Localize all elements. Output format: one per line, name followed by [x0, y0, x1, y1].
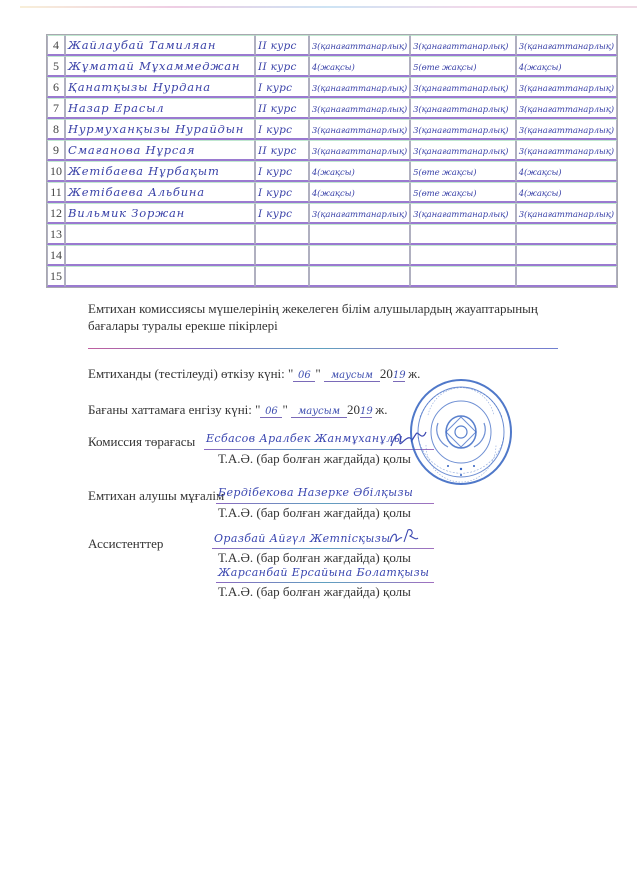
course-cell[interactable] [255, 224, 309, 245]
exam-date-day[interactable]: 06 [293, 370, 315, 382]
grade-2-cell[interactable]: 3(қанағаттанарлық) [410, 119, 516, 140]
row-number: 12 [47, 203, 65, 224]
grade-2-cell[interactable]: 3(қанағаттанарлық) [410, 203, 516, 224]
grade-1-text: 3(қанағаттанарлық) [312, 126, 407, 136]
grade-3-text: 4(жақсы) [519, 189, 562, 199]
student-name-text: Назар Ерасыл [68, 101, 164, 115]
grade-3-cell[interactable]: 4(жақсы) [516, 182, 617, 203]
grade-1-cell[interactable]: 4(жақсы) [309, 182, 410, 203]
row-number: 10 [47, 161, 65, 182]
student-name-cell[interactable]: Қанатқызы Нурдана [65, 77, 255, 98]
grade-2-text: 5(өте жақсы) [413, 168, 476, 178]
grade-3-cell[interactable]: 3(қанағаттанарлық) [516, 77, 617, 98]
grade-2-text: 3(қанағаттанарлық) [413, 210, 508, 220]
grade-3-cell[interactable]: 3(қанағаттанарлық) [516, 203, 617, 224]
assistant-1-name[interactable]: Оразбай Айгүл Жетпісқызы [214, 532, 390, 545]
grade-3-text: 3(қанағаттанарлық) [519, 105, 614, 115]
grade-3-cell[interactable]: 4(жақсы) [516, 56, 617, 77]
exam-date-year[interactable]: 19 [393, 370, 405, 382]
student-name-text: Вильмик Зоржан [68, 206, 185, 220]
course-text: II курс [258, 145, 297, 157]
entry-date-day[interactable]: 06 [260, 406, 282, 418]
student-name-text: Жетібаева Альбина [68, 185, 205, 199]
table-row: 10Жетібаева НұрбақытI курс4(жақсы)5(өте … [47, 161, 617, 182]
assistant-2-name[interactable]: Жарсанбай Ерсайына Болатқызы [218, 566, 429, 579]
chair-label: Комиссия төрағасы [88, 434, 195, 450]
grade-2-cell[interactable]: 3(қанағаттанарлық) [410, 98, 516, 119]
student-name-cell[interactable]: Вильмик Зоржан [65, 203, 255, 224]
student-name-cell[interactable] [65, 245, 255, 266]
course-cell[interactable]: I курс [255, 161, 309, 182]
grade-2-cell[interactable]: 3(қанағаттанарлық) [410, 77, 516, 98]
exam-date-line: Емтиханды (тестілеуді) өткізу күні: "06"… [88, 366, 420, 382]
grade-2-cell[interactable]: 5(өте жақсы) [410, 182, 516, 203]
course-cell[interactable]: I курс [255, 119, 309, 140]
grade-1-text: 3(қанағаттанарлық) [312, 105, 407, 115]
table-row: 13 [47, 224, 617, 245]
table-row: 12Вильмик ЗоржанI курс3(қанағаттанарлық)… [47, 203, 617, 224]
row-number: 4 [47, 35, 65, 56]
grade-1-cell[interactable]: 4(жақсы) [309, 56, 410, 77]
row-number: 8 [47, 119, 65, 140]
grade-2-text: 3(қанағаттанарлық) [413, 147, 508, 157]
grade-1-cell[interactable]: 4(жақсы) [309, 161, 410, 182]
entry-date-month[interactable]: маусым [291, 406, 347, 418]
teacher-caption: Т.А.Ә. (бар болған жағдайда) қолы [218, 505, 411, 521]
student-name-cell[interactable]: Жұматай Мұхаммеджан [65, 56, 255, 77]
course-text: I курс [258, 124, 292, 136]
grade-3-cell[interactable] [516, 266, 617, 287]
grade-1-cell[interactable]: 3(қанағаттанарлық) [309, 35, 410, 56]
table-row: 7Назар ЕрасылII курс3(қанағаттанарлық)3(… [47, 98, 617, 119]
row-number: 9 [47, 140, 65, 161]
course-cell[interactable]: I курс [255, 203, 309, 224]
exam-year-prefix: 20 [380, 366, 393, 381]
grade-1-cell[interactable] [309, 245, 410, 266]
grade-3-text: 3(қанағаттанарлық) [519, 42, 614, 52]
student-name-text: Жетібаева Нұрбақыт [68, 164, 220, 178]
table-row: 8Нурмуханқызы НурайдынI курс3(қанағаттан… [47, 119, 617, 140]
table-row: 9Смағанова НұрсаяII курс3(қанағаттанарлы… [47, 140, 617, 161]
grade-3-cell[interactable]: 3(қанағаттанарлық) [516, 98, 617, 119]
grade-1-cell[interactable]: 3(қанағаттанарлық) [309, 203, 410, 224]
official-seal-icon [408, 377, 514, 487]
grade-2-cell[interactable]: 5(өте жақсы) [410, 161, 516, 182]
grade-3-cell[interactable]: 3(қанағаттанарлық) [516, 140, 617, 161]
row-number: 15 [47, 266, 65, 287]
grade-3-cell[interactable] [516, 245, 617, 266]
grade-3-cell[interactable] [516, 224, 617, 245]
student-name-cell[interactable] [65, 224, 255, 245]
table-row: 4Жайлаубай ТамиляанII курс3(қанағаттанар… [47, 35, 617, 56]
quote: " [282, 402, 287, 417]
student-name-cell[interactable]: Жайлаубай Тамиляан [65, 35, 255, 56]
assistant-2-signature-line [216, 582, 434, 583]
assistants-label: Ассистенттер [88, 536, 163, 552]
course-text: I курс [258, 82, 292, 94]
grade-2-cell[interactable] [410, 224, 516, 245]
course-cell[interactable]: II курс [255, 140, 309, 161]
course-cell[interactable]: I курс [255, 77, 309, 98]
grade-2-cell[interactable]: 3(қанағаттанарлық) [410, 140, 516, 161]
row-number: 13 [47, 224, 65, 245]
grade-1-text: 3(қанағаттанарлық) [312, 147, 407, 157]
chair-name[interactable]: Есбасов Аралбек Жанмұханұлы [206, 432, 403, 445]
grade-1-cell[interactable]: 3(қанағаттанарлық) [309, 119, 410, 140]
grade-2-cell[interactable] [410, 266, 516, 287]
student-name-text: Смағанова Нұрсая [68, 143, 195, 157]
grade-2-text: 3(қанағаттанарлық) [413, 42, 508, 52]
grade-3-cell[interactable]: 4(жақсы) [516, 161, 617, 182]
course-cell[interactable]: I курс [255, 182, 309, 203]
course-cell[interactable]: II курс [255, 35, 309, 56]
grade-1-text: 3(қанағаттанарлық) [312, 210, 407, 220]
grade-2-text: 3(қанағаттанарлық) [413, 84, 508, 94]
grade-3-cell[interactable]: 3(қанағаттанарлық) [516, 119, 617, 140]
grade-3-cell[interactable]: 3(қанағаттанарлық) [516, 35, 617, 56]
grade-1-cell[interactable]: 3(қанағаттанарлық) [309, 77, 410, 98]
grade-1-text: 3(қанағаттанарлық) [312, 84, 407, 94]
grade-3-text: 4(жақсы) [519, 168, 562, 178]
grade-1-text: 4(жақсы) [312, 168, 355, 178]
student-name-cell[interactable]: Жетібаева Нұрбақыт [65, 161, 255, 182]
grade-2-cell[interactable]: 5(өте жақсы) [410, 56, 516, 77]
grade-2-cell[interactable]: 3(қанағаттанарлық) [410, 35, 516, 56]
entry-date-suffix: ж. [372, 402, 387, 417]
row-number: 7 [47, 98, 65, 119]
grade-3-text: 3(қанағаттанарлық) [519, 147, 614, 157]
grade-1-cell[interactable]: 3(қанағаттанарлық) [309, 140, 410, 161]
grade-3-text: 3(қанағаттанарлық) [519, 210, 614, 220]
grade-2-text: 5(өте жақсы) [413, 63, 476, 73]
teacher-name[interactable]: Бердібекова Назерке Әбілқызы [218, 486, 413, 499]
row-number: 14 [47, 245, 65, 266]
course-text: II курс [258, 61, 297, 73]
course-text: I курс [258, 187, 292, 199]
grade-3-text: 4(жақсы) [519, 63, 562, 73]
grade-3-text: 3(қанағаттанарлық) [519, 126, 614, 136]
table-row: 6Қанатқызы НурданаI курс3(қанағаттанарлы… [47, 77, 617, 98]
student-name-text: Нурмуханқызы Нурайдын [68, 122, 244, 136]
grades-table: 4Жайлаубай ТамиляанII курс3(қанағаттанар… [46, 34, 618, 288]
course-cell[interactable] [255, 266, 309, 287]
entry-year-prefix: 20 [347, 402, 360, 417]
exam-date-prefix: Емтиханды (тестілеуді) өткізу күні: " [88, 366, 293, 381]
chair-caption: Т.А.Ә. (бар болған жағдайда) қолы [218, 451, 411, 467]
assistant-1-signature-icon [386, 526, 420, 546]
student-name-cell[interactable] [65, 266, 255, 287]
grade-1-text: 3(қанағаттанарлық) [312, 42, 407, 52]
course-cell[interactable]: II курс [255, 56, 309, 77]
course-cell[interactable] [255, 245, 309, 266]
student-name-cell[interactable]: Назар Ерасыл [65, 98, 255, 119]
assistant-1-signature-line [212, 548, 434, 549]
scan-edge-line [20, 6, 637, 8]
assistant-2-caption: Т.А.Ә. (бар болған жағдайда) қолы [218, 584, 411, 600]
grade-2-text: 5(өте жақсы) [413, 189, 476, 199]
student-name-text: Жайлаубай Тамиляан [68, 38, 216, 52]
student-name-text: Жұматай Мұхаммеджан [68, 59, 240, 73]
teacher-label: Емтихан алушы мұғалім [88, 488, 224, 504]
student-name-cell[interactable]: Нурмуханқызы Нурайдын [65, 119, 255, 140]
grade-2-text: 3(қанағаттанарлық) [413, 105, 508, 115]
course-cell[interactable]: II курс [255, 98, 309, 119]
course-text: II курс [258, 40, 297, 52]
entry-date-line: Бағаны хаттамаға енгізу күні: "06" маусы… [88, 402, 387, 418]
quote: " [315, 366, 320, 381]
comments-label: Емтихан комиссиясы мүшелерінің жекелеген… [88, 300, 558, 334]
course-text: II курс [258, 103, 297, 115]
table-row: 11Жетібаева АльбинаI курс4(жақсы)5(өте ж… [47, 182, 617, 203]
entry-date-year[interactable]: 19 [360, 406, 372, 418]
grade-3-text: 3(қанағаттанарлық) [519, 84, 614, 94]
comments-line [88, 348, 558, 349]
table-row: 5Жұматай МұхаммеджанII курс4(жақсы)5(өте… [47, 56, 617, 77]
grade-1-cell[interactable]: 3(қанағаттанарлық) [309, 98, 410, 119]
exam-date-month[interactable]: маусым [324, 370, 380, 382]
assistant-1-caption: Т.А.Ә. (бар болған жағдайда) қолы [218, 550, 411, 566]
grade-2-text: 3(қанағаттанарлық) [413, 126, 508, 136]
grade-1-text: 4(жақсы) [312, 189, 355, 199]
row-number: 5 [47, 56, 65, 77]
course-text: I курс [258, 166, 292, 178]
teacher-signature-line [216, 503, 434, 504]
table-row: 14 [47, 245, 617, 266]
grade-1-cell[interactable] [309, 224, 410, 245]
course-text: I курс [258, 208, 292, 220]
grade-2-cell[interactable] [410, 245, 516, 266]
row-number: 6 [47, 77, 65, 98]
student-name-cell[interactable]: Смағанова Нұрсая [65, 140, 255, 161]
grade-1-text: 4(жақсы) [312, 63, 355, 73]
grade-1-cell[interactable] [309, 266, 410, 287]
table-row: 15 [47, 266, 617, 287]
entry-date-prefix: Бағаны хаттамаға енгізу күні: " [88, 402, 260, 417]
student-name-cell[interactable]: Жетібаева Альбина [65, 182, 255, 203]
row-number: 11 [47, 182, 65, 203]
student-name-text: Қанатқызы Нурдана [68, 80, 211, 94]
